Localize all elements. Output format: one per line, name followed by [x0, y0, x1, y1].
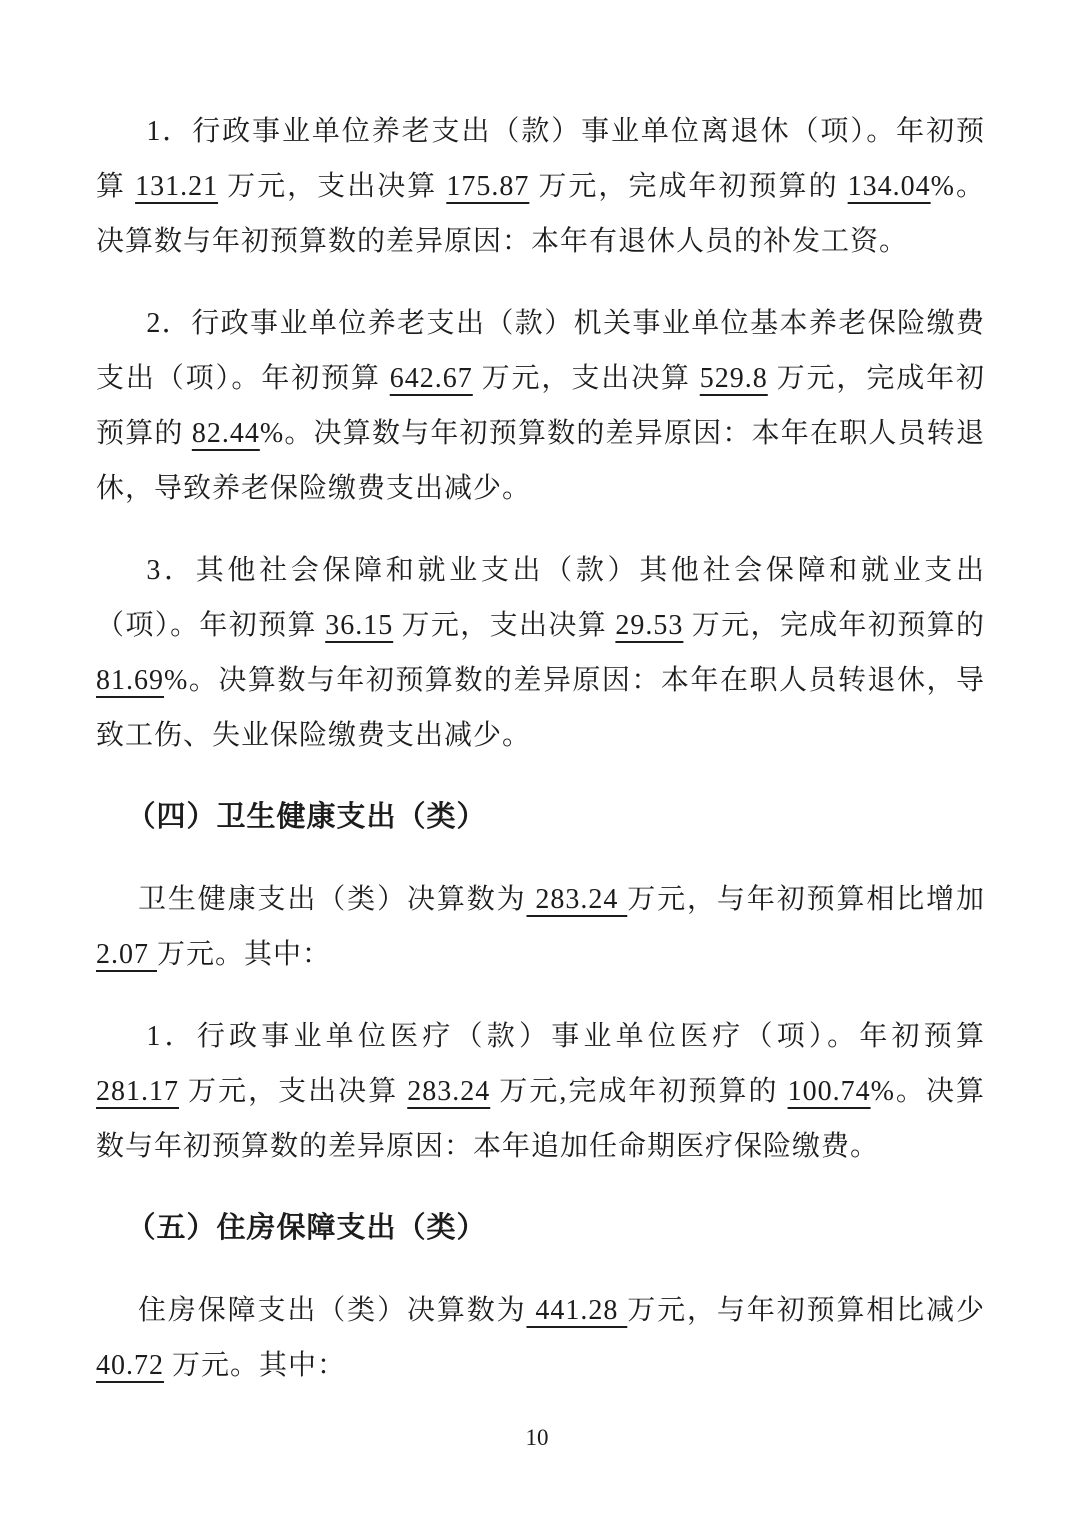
underlined-value: 281.17 [96, 1076, 179, 1107]
text-segment: 万元。其中： [157, 939, 331, 970]
document-page: 1．行政事业单位养老支出（款）事业单位离退休（项）。年初预算 131.21 万元… [0, 0, 1074, 1520]
underlined-value: 81.69 [96, 665, 164, 696]
text-segment: 万元，完成年初预算的 [683, 610, 985, 641]
section-heading: （五）住房保障支出（类） [96, 1201, 985, 1256]
page-number: 10 [0, 1424, 1074, 1452]
text-segment: 万元。其中： [164, 1350, 346, 1381]
paragraph: 卫生健康支出（类）决算数为 283.24 万元，与年初预算相比增加 2.07 万… [96, 872, 985, 982]
underlined-value: 82.44 [192, 418, 260, 449]
paragraph: 1．行政事业单位养老支出（款）事业单位离退休（项）。年初预算 131.21 万元… [96, 104, 985, 269]
section-heading: （四）卫生健康支出（类） [96, 790, 985, 845]
text-segment: （五）住房保障支出（类） [126, 1212, 486, 1244]
text-segment: 万元,完成年初预算的 [490, 1076, 787, 1107]
paragraph: 1．行政事业单位医疗（款）事业单位医疗（项）。年初预算 281.17 万元，支出… [96, 1009, 985, 1174]
underlined-value: 2.07 [96, 939, 157, 970]
text-segment: 万元，支出决算 [179, 1076, 407, 1107]
text-segment: 卫生健康支出（类）决算数为 [138, 884, 527, 915]
underlined-value: 283.24 [407, 1076, 490, 1107]
text-segment: 万元，与年初预算相比减少 [627, 1295, 985, 1326]
text-segment: 1．行政事业单位医疗（款）事业单位医疗（项）。年初预算 [146, 1021, 985, 1052]
paragraph: 2．行政事业单位养老支出（款）机关事业单位基本养老保险缴费支出（项）。年初预算 … [96, 296, 985, 516]
underlined-value: 40.72 [96, 1350, 164, 1381]
underlined-value: 283.24 [527, 884, 628, 915]
underlined-value: 134.04 [848, 171, 931, 202]
underlined-value: 131.21 [135, 171, 218, 202]
text-segment: 万元，支出决算 [473, 363, 700, 394]
text-segment: 万元，支出决算 [393, 610, 615, 641]
underlined-value: 642.67 [390, 363, 473, 394]
text-segment: 万元，支出决算 [218, 171, 446, 202]
paragraph: 住房保障支出（类）决算数为 441.28 万元，与年初预算相比减少 40.72 … [96, 1283, 985, 1393]
text-segment: （四）卫生健康支出（类） [126, 801, 486, 833]
underlined-value: 29.53 [615, 610, 683, 641]
underlined-value: 36.15 [325, 610, 393, 641]
text-segment: 万元，完成年初预算的 [529, 171, 847, 202]
underlined-value: 441.28 [527, 1295, 628, 1326]
document-body: 1．行政事业单位养老支出（款）事业单位离退休（项）。年初预算 131.21 万元… [96, 104, 985, 1420]
text-segment: %。决算数与年初预算数的差异原因：本年在职人员转退休，导致工伤、失业保险缴费支出… [96, 665, 985, 751]
underlined-value: 175.87 [446, 171, 529, 202]
paragraph: 3．其他社会保障和就业支出（款）其他社会保障和就业支出（项）。年初预算 36.1… [96, 543, 985, 763]
underlined-value: 529.8 [700, 363, 768, 394]
underlined-value: 100.74 [788, 1076, 871, 1107]
text-segment: 住房保障支出（类）决算数为 [138, 1295, 527, 1326]
text-segment: 万元，与年初预算相比增加 [627, 884, 985, 915]
